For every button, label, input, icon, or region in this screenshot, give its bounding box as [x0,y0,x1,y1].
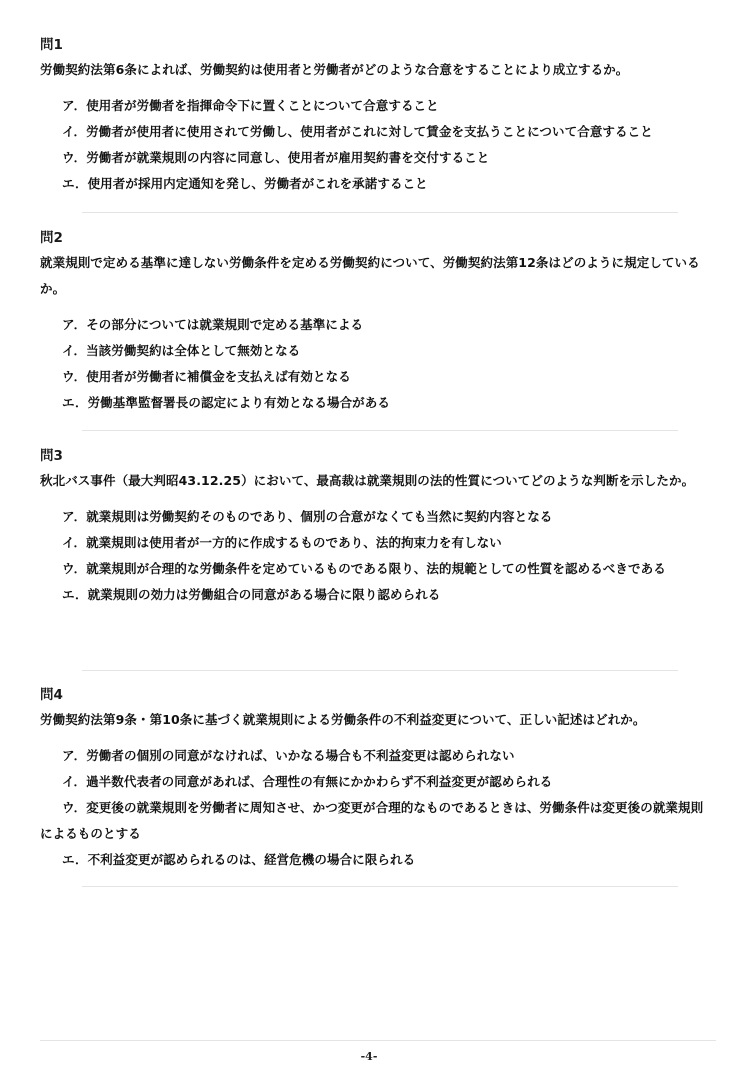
option-list: ア．就業規則は労働契約そのものであり、個別の合意がなくても当然に契約内容となる … [40,504,712,608]
option-u: ウ．変更後の就業規則を労働者に周知させ、かつ変更が合理的なものであるときは、労働… [40,795,712,847]
option-i: イ．過半数代表者の同意があれば、合理性の有無にかかわらず不利益変更が認められる [40,769,712,795]
question-4: 問4 労働契約法第9条・第10条に基づく就業規則による労働条件の不利益変更につい… [40,685,712,873]
option-a: ア．就業規則は労働契約そのものであり、個別の合意がなくても当然に契約内容となる [40,504,712,530]
question-text: 就業規則で定める基準に達しない労働条件を定める労働契約について、労働契約法第12… [40,250,712,302]
question-1: 問1 労働契約法第6条によれば、労働契約は使用者と労働者がどのような合意をするこ… [40,35,712,197]
question-label: 問3 [40,446,712,466]
option-i: イ．当該労働契約は全体として無効となる [40,338,712,364]
section-divider [82,212,678,213]
option-a: ア．労働者の個別の同意がなければ、いかなる場合も不利益変更は認められない [40,743,712,769]
option-list: ア．使用者が労働者を指揮命令下に置くことについて合意すること イ．労働者が使用者… [40,93,712,197]
question-label: 問4 [40,685,712,705]
option-list: ア．その部分については就業規則で定める基準による イ．当該労働契約は全体として無… [40,312,712,416]
option-u: ウ．労働者が就業規則の内容に同意し、使用者が雇用契約書を交付すること [40,145,712,171]
footer-divider [40,1040,716,1041]
question-label: 問2 [40,228,712,248]
question-text: 労働契約法第6条によれば、労働契約は使用者と労働者がどのような合意をすることによ… [40,57,712,83]
page-number: -4- [0,1050,738,1063]
document-page: 問1 労働契約法第6条によれば、労働契約は使用者と労働者がどのような合意をするこ… [0,0,738,1080]
question-2: 問2 就業規則で定める基準に達しない労働条件を定める労働契約について、労働契約法… [40,228,712,416]
option-e: エ．就業規則の効力は労働組合の同意がある場合に限り認められる [40,582,712,608]
question-label: 問1 [40,35,712,55]
option-e: エ．労働基準監督署長の認定により有効となる場合がある [40,390,712,416]
option-e: エ．使用者が採用内定通知を発し、労働者がこれを承諾すること [40,171,712,197]
question-text: 労働契約法第9条・第10条に基づく就業規則による労働条件の不利益変更について、正… [40,707,712,733]
question-3: 問3 秋北バス事件（最大判昭43.12.25）において、最高裁は就業規則の法的性… [40,446,712,608]
section-divider [82,430,678,431]
option-u: ウ．就業規則が合理的な労働条件を定めているものである限り、法的規範としての性質を… [40,556,712,582]
option-a: ア．その部分については就業規則で定める基準による [40,312,712,338]
option-u: ウ．使用者が労働者に補償金を支払えば有効となる [40,364,712,390]
question-text: 秋北バス事件（最大判昭43.12.25）において、最高裁は就業規則の法的性質につ… [40,468,712,494]
section-divider [82,886,678,887]
option-a: ア．使用者が労働者を指揮命令下に置くことについて合意すること [40,93,712,119]
option-i: イ．労働者が使用者に使用されて労働し、使用者がこれに対して賃金を支払うことについ… [40,119,712,145]
option-i: イ．就業規則は使用者が一方的に作成するものであり、法的拘束力を有しない [40,530,712,556]
option-list: ア．労働者の個別の同意がなければ、いかなる場合も不利益変更は認められない イ．過… [40,743,712,873]
section-divider [82,670,678,671]
option-e: エ．不利益変更が認められるのは、経営危機の場合に限られる [40,847,712,873]
